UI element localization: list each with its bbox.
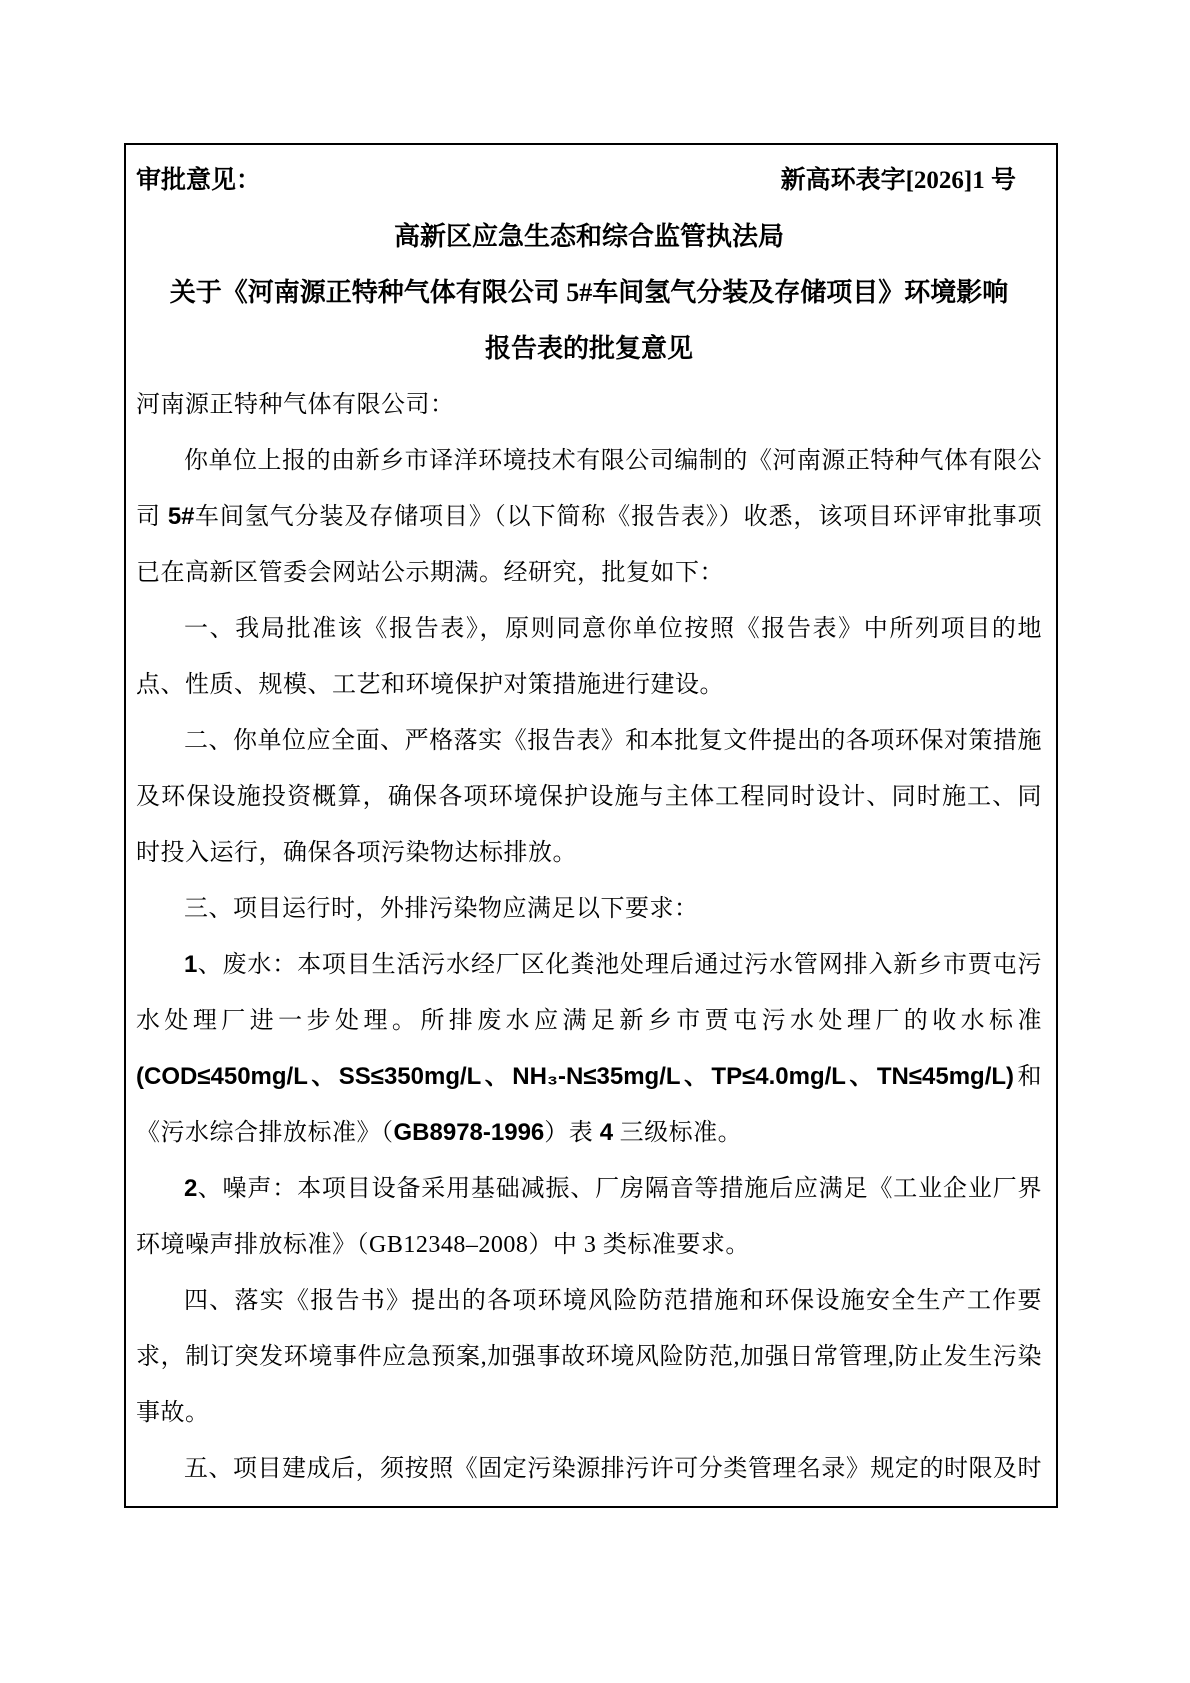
paragraph: 你单位上报的由新乡市译洋环境技术有限公司编制的《河南源正特种气体有限公司 5#车…: [136, 433, 1042, 601]
paragraph: 三、项目运行时，外排污染物应满足以下要求：: [136, 881, 1042, 937]
paragraph: 一、我局批准该《报告表》，原则同意你单位按照《报告表》中所列项目的地点、性质、规…: [136, 601, 1042, 713]
latin-text: 5#: [168, 503, 195, 530]
header-label: 审批意见：: [136, 153, 261, 209]
latin-text: 2: [184, 1175, 197, 1202]
cjk-text: 四、落实《报告书》提出的各项环境风险防范措施和环保设施安全生产工作要求，制订突发…: [136, 1288, 1042, 1426]
cjk-text: 五、项目建成后，须按照《固定污染源排污许可分类管理名录》规定的时限及时申报办理排…: [136, 1456, 1042, 1508]
paragraph: 河南源正特种气体有限公司：: [136, 377, 1042, 433]
cjk-text: 车间氢气分装及存储项目》（以下简称《报告表》）收悉，该项目环评审批事项已在高新区…: [136, 504, 1042, 586]
latin-text: GB8978-1996: [394, 1119, 545, 1146]
paragraph: 二、你单位应全面、严格落实《报告表》和本批复文件提出的各项环保对策措施及环保设施…: [136, 713, 1042, 881]
cjk-text: 河南源正特种气体有限公司：: [136, 392, 455, 418]
latin-text: 4: [600, 1119, 613, 1146]
latin-text: 1: [184, 951, 197, 978]
body-paragraphs: 河南源正特种气体有限公司：你单位上报的由新乡市译洋环境技术有限公司编制的《河南源…: [136, 377, 1042, 1508]
cjk-text: 、废水：本项目生活污水经厂区化粪池处理后通过污水管网排入新乡市贾屯污水处理厂进一…: [136, 952, 1042, 1034]
cjk-text: 一、我局批准该《报告表》，原则同意你单位按照《报告表》中所列项目的地点、性质、规…: [136, 616, 1042, 698]
paragraph: 2、噪声：本项目设备采用基础减振、厂房隔音等措施后应满足《工业企业厂界环境噪声排…: [136, 1161, 1042, 1273]
approval-subject-title-line1: 关于《河南源正特种气体有限公司 5#车间氢气分装及存储项目》环境影响: [136, 265, 1042, 321]
issuing-authority-title: 高新区应急生态和综合监管执法局: [136, 209, 1042, 265]
paragraph: 四、落实《报告书》提出的各项环境风险防范措施和环保设施安全生产工作要求，制订突发…: [136, 1273, 1042, 1441]
document-header: 审批意见： 新高环表字[2026]1 号: [136, 153, 1042, 209]
document-number: 新高环表字[2026]1 号: [781, 153, 1016, 209]
latin-text: (COD≤450mg/L、SS≤350mg/L、NH₃-N≤35mg/L、TP≤…: [136, 1063, 1014, 1090]
cjk-text: 、噪声：本项目设备采用基础减振、厂房隔音等措施后应满足《工业企业厂界环境噪声排放…: [136, 1176, 1042, 1258]
approval-opinion-cell: 审批意见： 新高环表字[2026]1 号 高新区应急生态和综合监管执法局 关于《…: [124, 143, 1058, 1508]
cjk-text: 三级标准。: [613, 1120, 742, 1146]
approval-subject-title-line2: 报告表的批复意见: [136, 321, 1042, 377]
cjk-text: 二、你单位应全面、严格落实《报告表》和本批复文件提出的各项环保对策措施及环保设施…: [136, 728, 1042, 866]
cjk-text: 三、项目运行时，外排污染物应满足以下要求：: [184, 896, 699, 922]
paragraph: 1、废水：本项目生活污水经厂区化粪池处理后通过污水管网排入新乡市贾屯污水处理厂进…: [136, 937, 1042, 1161]
cjk-text: ）表: [544, 1120, 600, 1146]
paragraph: 五、项目建成后，须按照《固定污染源排污许可分类管理名录》规定的时限及时申报办理排…: [136, 1441, 1042, 1508]
